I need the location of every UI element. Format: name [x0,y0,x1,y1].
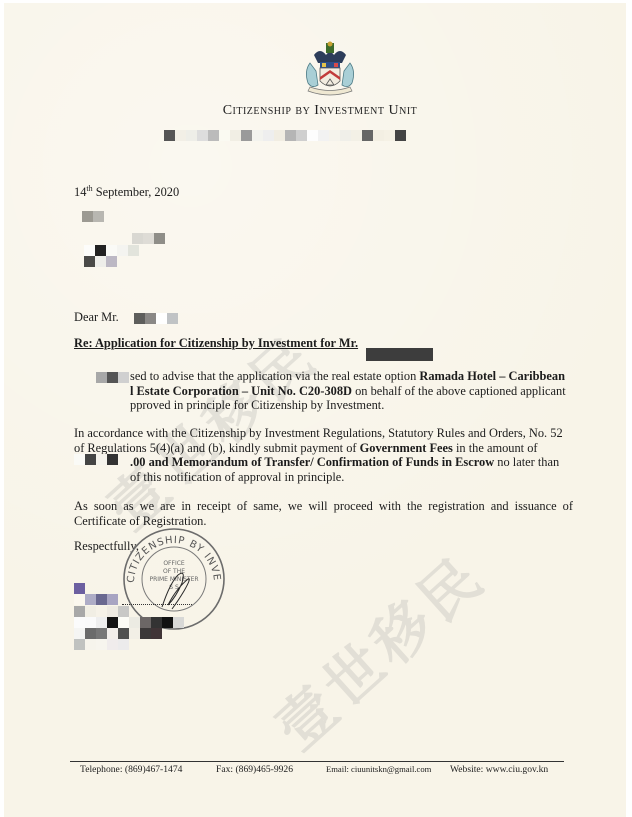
footer-website: Website: www.ciu.gov.kn [450,764,548,775]
signature-line [122,604,192,605]
redacted-header-address [164,130,406,141]
paragraph-payment-instructions: In accordance with the Citizenship by In… [74,426,573,484]
salutation: Dear Mr. [74,310,178,325]
coat-of-arms-icon [300,41,360,99]
redacted-recipient-name [134,313,178,324]
footer-divider [70,761,564,762]
redacted-signatory-line3 [74,606,129,617]
redacted-signatory-line4 [74,617,184,628]
paragraph-approval: sed to advise that the application via t… [130,369,573,413]
footer-fax: Fax: (869)465-9926 [216,764,293,775]
redacted-signatory-line6 [74,639,129,650]
redacted-fee-amount [74,454,118,465]
redacted-subject-name [366,348,433,361]
footer-telephone: Telephone: (869)467-1474 [80,764,182,775]
redacted-signatory-line2 [74,594,118,605]
footer-email: Email: ciuunitskn@gmail.com [326,764,431,774]
redacted-recipient-line3 [84,245,139,256]
redacted-signatory-line1 [74,583,85,594]
redacted-paragraph1-start [96,372,129,383]
redacted-recipient-line1 [82,211,104,222]
svg-text:OF THE: OF THE [163,568,185,575]
letter-date: 14th September, 2020 [74,182,179,200]
redacted-signatory-line5 [74,628,162,639]
redacted-recipient-line2 [132,233,165,244]
organization-name: Citizenship by Investment Unit [4,103,626,119]
watermark-text: 壹世移民 [254,532,500,766]
svg-text:OFFICE: OFFICE [163,560,185,567]
letter-subject: Re: Application for Citizenship by Inves… [74,336,358,351]
redacted-recipient-line4 [84,256,117,267]
letter-page: Citizenship by Investment Unit 壹世移民 壹世移民… [4,3,626,817]
